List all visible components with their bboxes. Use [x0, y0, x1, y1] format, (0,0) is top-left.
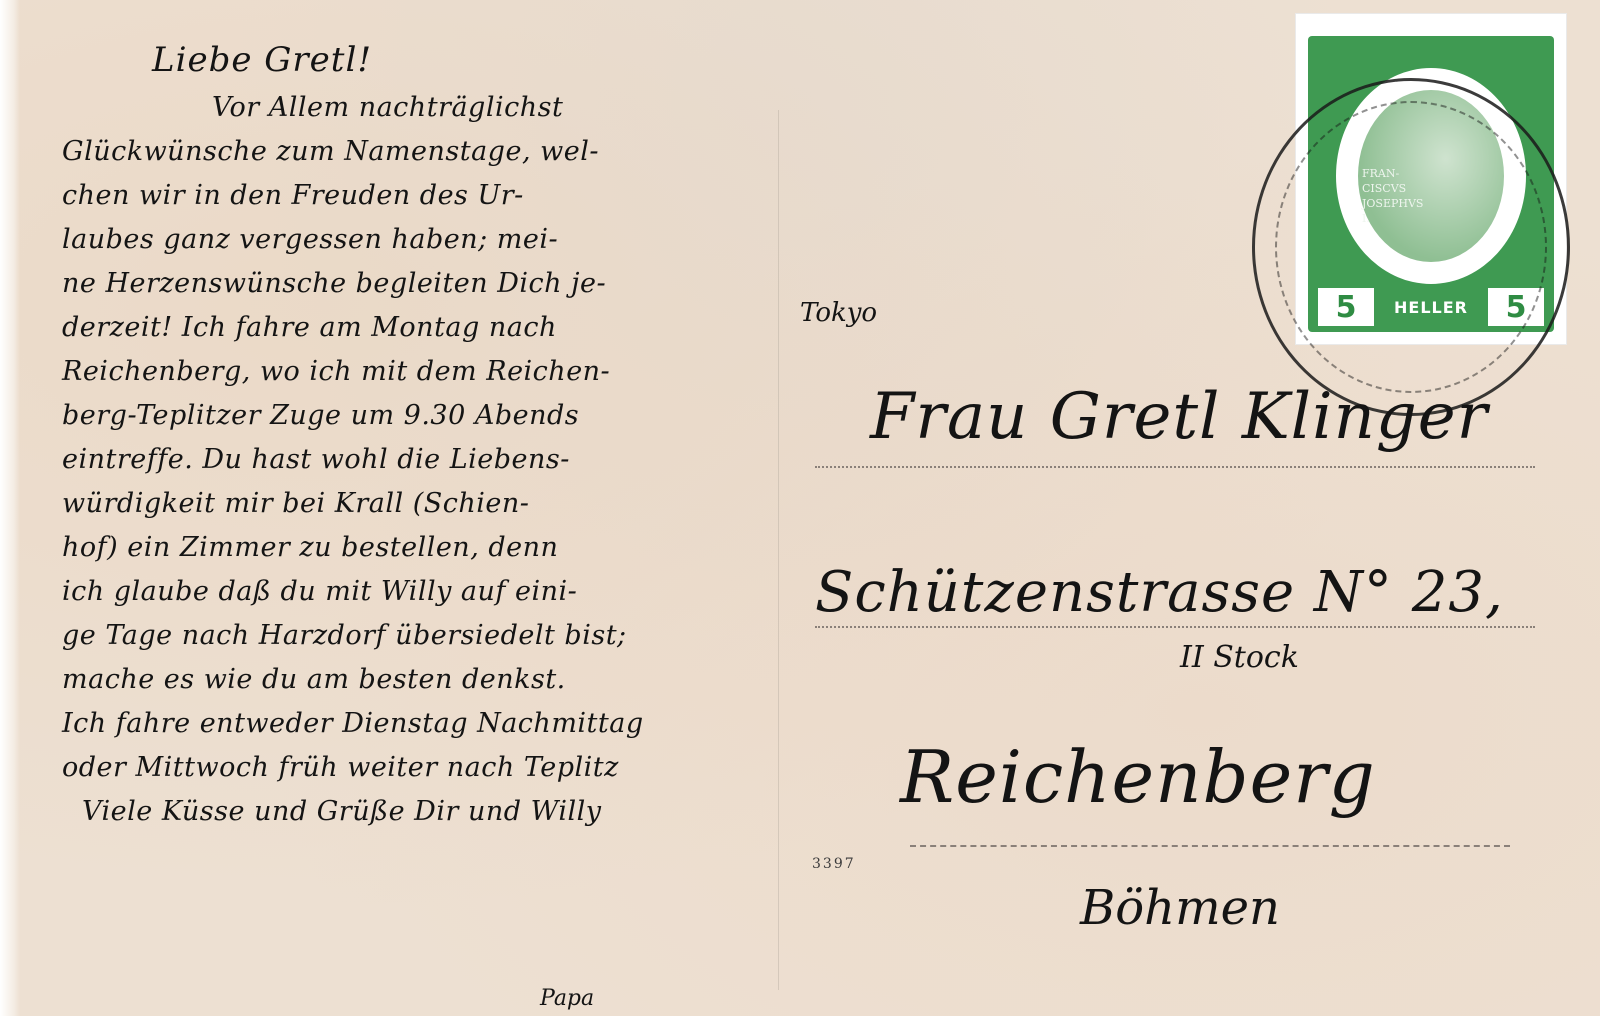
center-divider [778, 110, 779, 990]
message-line: derzeit! Ich fahre am Montag nach [62, 306, 772, 350]
message-line: ich glaube daß du mit Willy auf eini- [62, 570, 772, 614]
message-line: Ich fahre entweder Dienstag Nachmittag [62, 702, 772, 746]
message-line: berg-Teplitzer Zuge um 9.30 Abends [62, 394, 772, 438]
message-line: Viele Küsse und Grüße Dir und Willy [62, 790, 772, 834]
street-address: Schützenstrasse N° 23, [815, 560, 1504, 625]
torn-edge [0, 0, 20, 1016]
message-line: chen wir in den Freuden des Ur- [62, 174, 772, 218]
floor: II Stock [1180, 640, 1299, 675]
address-rule [815, 466, 1535, 468]
message-line: ne Herzenswünsche begleiten Dich je- [62, 262, 772, 306]
postcard-back: Liebe Gretl! Vor Allem nachträglichst Gl… [0, 0, 1600, 1016]
message-line: eintreffe. Du hast wohl die Liebens- [62, 438, 772, 482]
address-rule [910, 845, 1510, 847]
card-number: 3397 [812, 856, 856, 872]
region: Böhmen [1080, 880, 1280, 936]
postmark-ring [1275, 101, 1547, 393]
message-section: Liebe Gretl! Vor Allem nachträglichst Gl… [62, 40, 772, 834]
city: Reichenberg [900, 735, 1376, 819]
message-line: hof) ein Zimmer zu bestellen, denn [62, 526, 772, 570]
message-line: oder Mittwoch früh weiter nach Teplitz [62, 746, 772, 790]
signature: Papa [540, 986, 594, 1011]
message-line: Reichenberg, wo ich mit dem Reichen- [62, 350, 772, 394]
message-line: mache es wie du am besten denkst. [62, 658, 772, 702]
address-rule [815, 626, 1535, 628]
message-line: Vor Allem nachträglichst [62, 86, 772, 130]
recipient-name: Frau Gretl Klinger [870, 380, 1488, 454]
message-line: würdigkeit mir bei Krall (Schien- [62, 482, 772, 526]
greeting: Liebe Gretl! [152, 40, 772, 80]
message-line: ge Tage nach Harzdorf übersiedelt bist; [62, 614, 772, 658]
message-line: Glückwünsche zum Namenstage, wel- [62, 130, 772, 174]
address-note: Tokyo [800, 298, 877, 328]
message-line: laubes ganz vergessen haben; mei- [62, 218, 772, 262]
postmark-cancel-icon [1252, 78, 1570, 416]
